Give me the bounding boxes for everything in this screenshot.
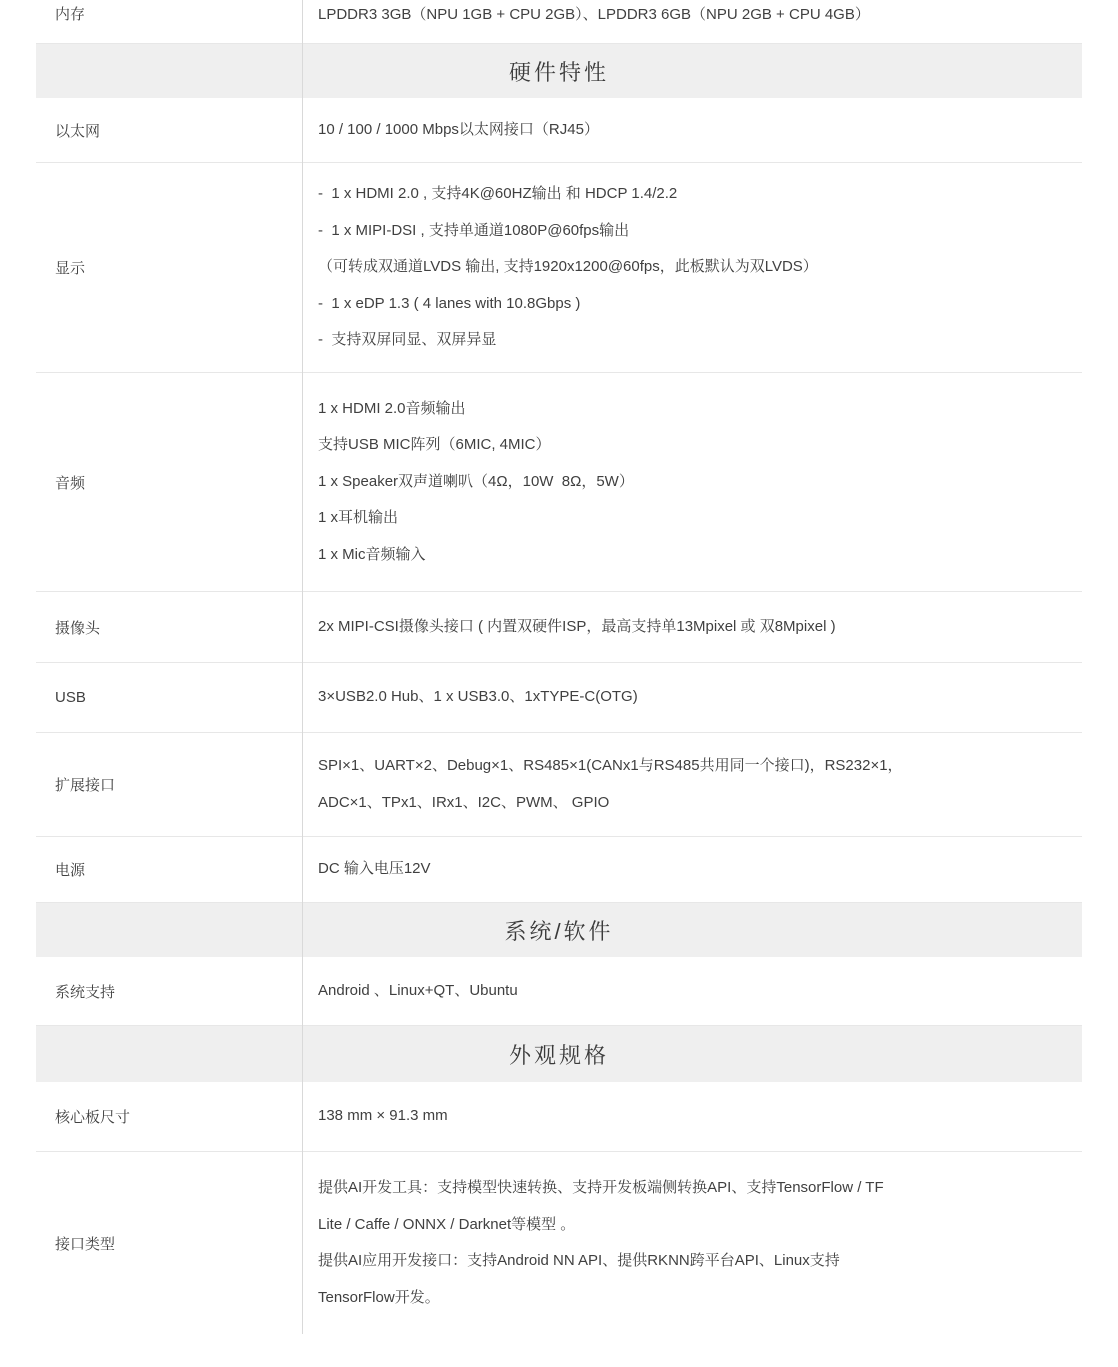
value-line: 138 mm × 91.3 mm	[318, 1098, 1072, 1135]
section-header-hardware: 硬件特性	[36, 44, 1082, 98]
spec-row-usb: USB 3×USB2.0 Hub、1 x USB3.0、1xTYPE-C(OTG…	[36, 663, 1082, 733]
value-line: 提供AI开发工具：支持模型快速转换、支持开发板端侧转换API、支持TensorF…	[318, 1170, 1072, 1207]
row-value: SPI×1、UART×2、Debug×1、RS485×1(CANx1与RS485…	[302, 733, 1082, 836]
row-label: 内存	[36, 0, 302, 43]
value-line: - 1 x MIPI-DSI , 支持单通道1080P@60fps输出	[318, 213, 1072, 250]
value-line: 10 / 100 / 1000 Mbps以太网接口（RJ45）	[318, 112, 1072, 149]
row-value: - 1 x HDMI 2.0 , 支持4K@60HZ输出 和 HDCP 1.4/…	[302, 163, 1082, 372]
spec-row-interface-type: 接口类型 提供AI开发工具：支持模型快速转换、支持开发板端侧转换API、支持Te…	[36, 1152, 1082, 1334]
value-line: - 1 x eDP 1.3 ( 4 lanes with 10.8Gbps )	[318, 286, 1072, 323]
row-label: 扩展接口	[36, 733, 302, 836]
value-line: DC 输入电压12V	[318, 851, 1072, 888]
section-header-system-software: 系统/软件	[36, 903, 1082, 957]
spec-table: 内存 LPDDR3 3GB（NPU 1GB + CPU 2GB）、LPDDR3 …	[36, 0, 1082, 1334]
row-value: 提供AI开发工具：支持模型快速转换、支持开发板端侧转换API、支持TensorF…	[302, 1152, 1082, 1334]
row-label: 系统支持	[36, 957, 302, 1025]
value-line: TensorFlow开发。	[318, 1280, 1072, 1317]
spec-row-camera: 摄像头 2x MIPI-CSI摄像头接口 ( 内置双硬件ISP，最高支持单13M…	[36, 592, 1082, 663]
value-line: SPI×1、UART×2、Debug×1、RS485×1(CANx1与RS485…	[318, 748, 1072, 785]
row-value: DC 输入电压12V	[302, 837, 1082, 902]
value-line: 支持USB MIC阵列（6MIC, 4MIC）	[318, 427, 1072, 464]
value-line: ADC×1、TPx1、IRx1、I2C、PWM、 GPIO	[318, 785, 1072, 822]
spec-row-expansion-interfaces: 扩展接口 SPI×1、UART×2、Debug×1、RS485×1(CANx1与…	[36, 733, 1082, 837]
spec-row-audio: 音频 1 x HDMI 2.0音频输出 支持USB MIC阵列（6MIC, 4M…	[36, 373, 1082, 592]
row-value: LPDDR3 3GB（NPU 1GB + CPU 2GB）、LPDDR3 6GB…	[302, 0, 1082, 43]
section-title: 外观规格	[509, 1039, 609, 1070]
row-label: 音频	[36, 373, 302, 591]
spec-row-display: 显示 - 1 x HDMI 2.0 , 支持4K@60HZ输出 和 HDCP 1…	[36, 163, 1082, 373]
section-title: 系统/软件	[504, 915, 613, 946]
row-value: 138 mm × 91.3 mm	[302, 1082, 1082, 1151]
row-value: 2x MIPI-CSI摄像头接口 ( 内置双硬件ISP，最高支持单13Mpixe…	[302, 592, 1082, 662]
spec-row-os-support: 系统支持 Android 、Linux+QT、Ubuntu	[36, 957, 1082, 1026]
spec-row-ethernet: 以太网 10 / 100 / 1000 Mbps以太网接口（RJ45）	[36, 98, 1082, 163]
value-line: 1 x HDMI 2.0音频输出	[318, 391, 1072, 428]
spec-row-memory: 内存 LPDDR3 3GB（NPU 1GB + CPU 2GB）、LPDDR3 …	[36, 0, 1082, 44]
spec-row-power: 电源 DC 输入电压12V	[36, 837, 1082, 903]
value-line: （可转成双通道LVDS 输出, 支持1920x1200@60fps，此板默认为双…	[318, 249, 1072, 286]
row-value: 1 x HDMI 2.0音频输出 支持USB MIC阵列（6MIC, 4MIC）…	[302, 373, 1082, 591]
row-label: 以太网	[36, 98, 302, 162]
row-value: 10 / 100 / 1000 Mbps以太网接口（RJ45）	[302, 98, 1082, 162]
row-label: 接口类型	[36, 1152, 302, 1334]
row-label: 电源	[36, 837, 302, 902]
value-line: 提供AI应用开发接口：支持Android NN API、提供RKNN跨平台API…	[318, 1243, 1072, 1280]
row-value: Android 、Linux+QT、Ubuntu	[302, 957, 1082, 1025]
row-value: 3×USB2.0 Hub、1 x USB3.0、1xTYPE-C(OTG)	[302, 663, 1082, 732]
row-label: 核心板尺寸	[36, 1082, 302, 1151]
row-label: 摄像头	[36, 592, 302, 662]
section-title: 硬件特性	[509, 56, 609, 87]
value-line: Android 、Linux+QT、Ubuntu	[318, 973, 1072, 1010]
value-line: 2x MIPI-CSI摄像头接口 ( 内置双硬件ISP，最高支持单13Mpixe…	[318, 609, 1072, 646]
value-line: 3×USB2.0 Hub、1 x USB3.0、1xTYPE-C(OTG)	[318, 679, 1072, 716]
value-line: LPDDR3 3GB（NPU 1GB + CPU 2GB）、LPDDR3 6GB…	[318, 3, 1072, 27]
row-label: USB	[36, 663, 302, 732]
row-label: 显示	[36, 163, 302, 372]
value-line: 1 x耳机输出	[318, 500, 1072, 537]
spec-row-board-size: 核心板尺寸 138 mm × 91.3 mm	[36, 1082, 1082, 1152]
value-line: - 支持双屏同显、双屏异显	[318, 322, 1072, 359]
value-line: Lite / Caffe / ONNX / Darknet等模型 。	[318, 1207, 1072, 1244]
value-line: - 1 x HDMI 2.0 , 支持4K@60HZ输出 和 HDCP 1.4/…	[318, 176, 1072, 213]
value-line: 1 x Mic音频输入	[318, 537, 1072, 574]
value-line: 1 x Speaker双声道喇叭（4Ω，10W 8Ω，5W）	[318, 464, 1072, 501]
section-header-appearance: 外观规格	[36, 1026, 1082, 1082]
